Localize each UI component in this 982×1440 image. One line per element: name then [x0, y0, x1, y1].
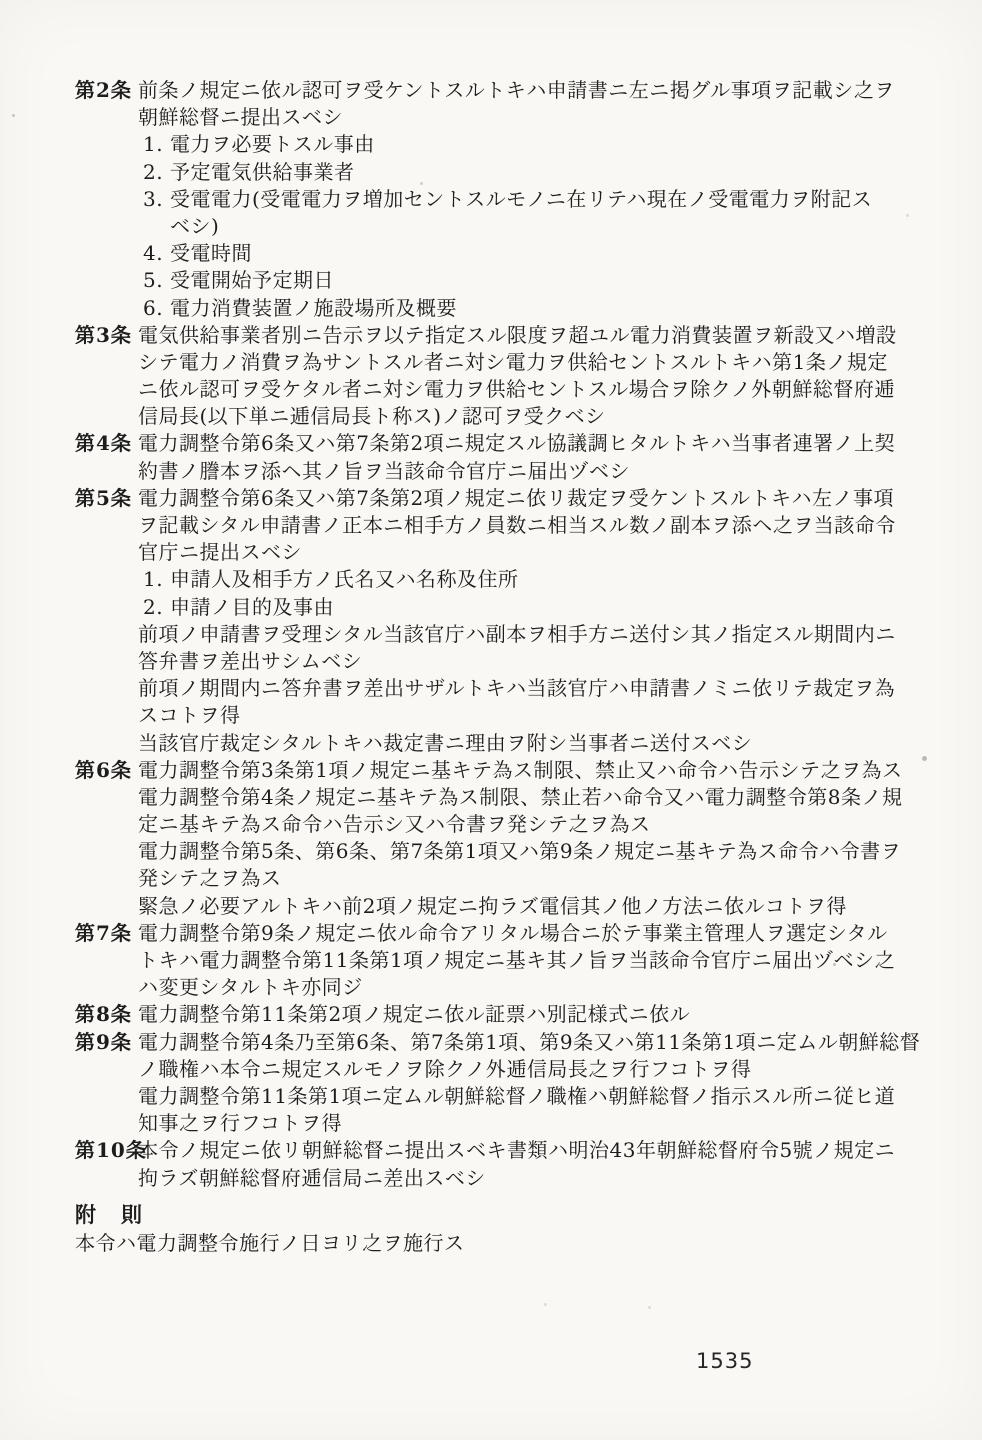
text-line: 電力調整令第5条、第6条、第7条第1項又ハ第9条ノ規定ニ基キテ為ス命令ハ令書ヲ: [138, 838, 915, 865]
item-text: 申請人及相手方ノ氏名又ハ名称及住所: [170, 566, 519, 593]
article-body: 電力調整令第4条乃至第6条、第7条第1項、第9条又ハ第11条第1項ニ定ムル朝鮮総…: [138, 1029, 915, 1138]
text-line: 電力調整令第4条ノ規定ニ基キテ為ス制限、禁止若ハ命令又ハ電力調整令第8条ノ規: [138, 784, 915, 811]
article-label: 第8条: [75, 1001, 138, 1028]
article-body: 電気供給事業者別ニ告示ヲ以テ指定スル限度ヲ超ユル電力消費装置ヲ新設又ハ増設シテ電…: [138, 322, 915, 431]
appendix-text-line: 本令ハ電力調整令施行ノ日ヨリ之ヲ施行ス: [75, 1230, 915, 1257]
list-item: 1.申請人及相手方ノ氏名又ハ名称及住所: [143, 566, 915, 593]
text-line: 答弁書ヲ差出サシムベシ: [138, 648, 915, 675]
text-line: ニ依ル認可ヲ受ケタル者ニ対シ電力ヲ供給セントスル場合ヲ除クノ外朝鮮総督府逓: [138, 376, 915, 403]
article: 第2条前条ノ規定ニ依ル認可ヲ受ケントスルトキハ申請書ニ左ニ掲グル事項ヲ記載シ之ヲ…: [75, 77, 915, 322]
text-line: ベシ): [170, 213, 915, 240]
article: 第5条電力調整令第6条又ハ第7条第2項ノ規定ニ依リ裁定ヲ受ケントスルトキハ左ノ事…: [75, 485, 915, 757]
article: 第4条電力調整令第6条又ハ第7条第2項ニ規定スル協議調ヒタルトキハ当事者連署ノ上…: [75, 430, 915, 484]
list-item: 6.電力消費装置ノ施設場所及概要: [143, 295, 915, 322]
text-line: 当該官庁裁定シタルトキハ裁定書ニ理由ヲ附シ当事者ニ送付スベシ: [138, 730, 915, 757]
text-line: 電力調整令第9条ノ規定ニ依ル命令アリタル場合ニ於テ事業主管理人ヲ選定シタル: [138, 920, 915, 947]
item-number: 5.: [143, 267, 170, 294]
text-line: 前項ノ申請書ヲ受理シタル当該官庁ハ副本ヲ相手方ニ送付シ其ノ指定スル期間内ニ: [138, 621, 915, 648]
text-line: 信局長(以下単ニ逓信局長ト称ス)ノ認可ヲ受クベシ: [138, 403, 915, 430]
text-line: 約書ノ謄本ヲ添ヘ其ノ旨ヲ当該命令官庁ニ届出ヅベシ: [138, 458, 915, 485]
article-label: 第4条: [75, 430, 138, 457]
item-number: 2.: [143, 594, 170, 621]
list-item: 4.受電時間: [143, 240, 915, 267]
article-label: 第3条: [75, 322, 138, 349]
article-body: 電力調整令第3条第1項ノ規定ニ基キテ為ス制限、禁止又ハ命令ハ告示シテ之ヲ為ス電力…: [138, 757, 915, 920]
ordinance-text: 第2条前条ノ規定ニ依ル認可ヲ受ケントスルトキハ申請書ニ左ニ掲グル事項ヲ記載シ之ヲ…: [75, 77, 915, 1257]
article: 第7条電力調整令第9条ノ規定ニ依ル命令アリタル場合ニ於テ事業主管理人ヲ選定シタル…: [75, 920, 915, 1002]
appendix-section: 附 則 本令ハ電力調整令施行ノ日ヨリ之ヲ施行ス: [75, 1200, 915, 1257]
article: 第6条電力調整令第3条第1項ノ規定ニ基キテ為ス制限、禁止又ハ命令ハ告示シテ之ヲ為…: [75, 757, 915, 920]
text-line: 定ニ基キテ為ス命令ハ告示シ又ハ令書ヲ発シテ之ヲ為ス: [138, 811, 915, 838]
item-number: 6.: [143, 295, 170, 322]
article: 第10条本令ノ規定ニ依リ朝鮮総督ニ提出スベキ書類ハ明治43年朝鮮総督府令5號ノ規…: [75, 1137, 915, 1191]
text-line: 電力調整令第3条第1項ノ規定ニ基キテ為ス制限、禁止又ハ命令ハ告示シテ之ヲ為ス: [138, 757, 915, 784]
article-body: 電力調整令第11条第2項ノ規定ニ依ル証票ハ別記様式ニ依ル: [138, 1001, 915, 1028]
list-item: 1.電力ヲ必要トスル事由: [143, 131, 915, 158]
list-item: 3.受電電力(受電電力ヲ増加セントスルモノニ在リテハ現在ノ受電電力ヲ附記ス: [143, 186, 915, 213]
article-body: 前条ノ規定ニ依ル認可ヲ受ケントスルトキハ申請書ニ左ニ掲グル事項ヲ記載シ之ヲ朝鮮総…: [138, 77, 915, 322]
item-number: 3.: [143, 186, 170, 213]
article: 第8条電力調整令第11条第2項ノ規定ニ依ル証票ハ別記様式ニ依ル: [75, 1001, 915, 1028]
text-line: 朝鮮総督ニ提出スベシ: [138, 104, 915, 131]
item-text: 受電電力(受電電力ヲ増加セントスルモノニ在リテハ現在ノ受電電力ヲ附記ス: [170, 186, 872, 213]
text-line: ノ職権ハ本令ニ規定スルモノヲ除クノ外逓信局長之ヲ行フコトヲ得: [138, 1056, 915, 1083]
text-line: ハ変更シタルトキ亦同ジ: [138, 974, 915, 1001]
text-line: 電力調整令第11条第1項ニ定ムル朝鮮総督ノ職権ハ朝鮮総督ノ指示スル所ニ従ヒ道: [138, 1083, 915, 1110]
text-line: 前項ノ期間内ニ答弁書ヲ差出サザルトキハ当該官庁ハ申請書ノミニ依リテ裁定ヲ為: [138, 675, 915, 702]
scan-noise-specks: [0, 0, 3, 3]
text-line: トキハ電力調整令第11条第1項ノ規定ニ基キ其ノ旨ヲ当該命令官庁ニ届出ヅベシ之: [138, 947, 915, 974]
text-line: 電力調整令第6条又ハ第7条第2項ニ規定スル協議調ヒタルトキハ当事者連署ノ上契: [138, 430, 915, 457]
item-number: 1.: [143, 131, 170, 158]
text-line: 拘ラズ朝鮮総督府逓信局ニ差出スベシ: [138, 1165, 915, 1192]
appendix-lines: 本令ハ電力調整令施行ノ日ヨリ之ヲ施行ス: [75, 1230, 915, 1257]
article-label: 第9条: [75, 1029, 138, 1056]
article-label: 第7条: [75, 920, 138, 947]
article-body: 電力調整令第6条又ハ第7条第2項ノ規定ニ依リ裁定ヲ受ケントスルトキハ左ノ事項ヲ記…: [138, 485, 915, 757]
article: 第3条電気供給事業者別ニ告示ヲ以テ指定スル限度ヲ超ユル電力消費装置ヲ新設又ハ増設…: [75, 322, 915, 431]
text-line: ヲ記載シタル申請書ノ正本ニ相手方ノ員数ニ相当スル数ノ副本ヲ添ヘ之ヲ当該命令: [138, 512, 915, 539]
item-text: 予定電気供給事業者: [170, 159, 355, 186]
item-number: 1.: [143, 566, 170, 593]
text-line: 前条ノ規定ニ依ル認可ヲ受ケントスルトキハ申請書ニ左ニ掲グル事項ヲ記載シ之ヲ: [138, 77, 915, 104]
text-line: 発シテ之ヲ為ス: [138, 865, 915, 892]
text-line: 知事之ヲ行フコトヲ得: [138, 1110, 915, 1137]
item-text: 電力ヲ必要トスル事由: [170, 131, 375, 158]
list-item: 2.申請ノ目的及事由: [143, 594, 915, 621]
list-item: 5.受電開始予定期日: [143, 267, 915, 294]
text-line: 本令ノ規定ニ依リ朝鮮総督ニ提出スベキ書類ハ明治43年朝鮮総督府令5號ノ規定ニ: [138, 1137, 915, 1164]
article-label: 第6条: [75, 757, 138, 784]
text-line: 電力調整令第6条又ハ第7条第2項ノ規定ニ依リ裁定ヲ受ケントスルトキハ左ノ事項: [138, 485, 915, 512]
item-number: 4.: [143, 240, 170, 267]
text-line: 電力調整令第4条乃至第6条、第7条第1項、第9条又ハ第11条第1項ニ定ムル朝鮮総…: [138, 1029, 915, 1056]
text-line: シテ電力ノ消費ヲ為サントスル者ニ対シ電力ヲ供給セントスルトキハ第1条ノ規定: [138, 349, 915, 376]
item-text: 申請ノ目的及事由: [170, 594, 334, 621]
text-line: 電気供給事業者別ニ告示ヲ以テ指定スル限度ヲ超ユル電力消費装置ヲ新設又ハ増設: [138, 322, 915, 349]
page-number: 1535: [696, 1349, 753, 1373]
item-text: 電力消費装置ノ施設場所及概要: [170, 295, 457, 322]
item-text: 受電時間: [170, 240, 252, 267]
article: 第9条電力調整令第4条乃至第6条、第7条第1項、第9条又ハ第11条第1項ニ定ムル…: [75, 1029, 915, 1138]
article-label: 第2条: [75, 77, 138, 104]
articles-list: 第2条前条ノ規定ニ依ル認可ヲ受ケントスルトキハ申請書ニ左ニ掲グル事項ヲ記載シ之ヲ…: [75, 77, 915, 1192]
article-body: 本令ノ規定ニ依リ朝鮮総督ニ提出スベキ書類ハ明治43年朝鮮総督府令5號ノ規定ニ拘ラ…: [138, 1137, 915, 1191]
text-line: 官庁ニ提出スベシ: [138, 539, 915, 566]
item-text: 受電開始予定期日: [170, 267, 334, 294]
appendix-title: 附 則: [75, 1200, 915, 1230]
article-label: 第5条: [75, 485, 138, 512]
text-line: スコトヲ得: [138, 702, 915, 729]
list-item: 2.予定電気供給事業者: [143, 159, 915, 186]
article-body: 電力調整令第9条ノ規定ニ依ル命令アリタル場合ニ於テ事業主管理人ヲ選定シタルトキハ…: [138, 920, 915, 1002]
text-line: 緊急ノ必要アルトキハ前2項ノ規定ニ拘ラズ電信其ノ他ノ方法ニ依ルコトヲ得: [138, 893, 915, 920]
item-number: 2.: [143, 159, 170, 186]
text-line: 電力調整令第11条第2項ノ規定ニ依ル証票ハ別記様式ニ依ル: [138, 1001, 915, 1028]
article-label: 第10条: [75, 1137, 138, 1164]
article-body: 電力調整令第6条又ハ第7条第2項ニ規定スル協議調ヒタルトキハ当事者連署ノ上契約書…: [138, 430, 915, 484]
scanned-document-page: 第2条前条ノ規定ニ依ル認可ヲ受ケントスルトキハ申請書ニ左ニ掲グル事項ヲ記載シ之ヲ…: [0, 0, 982, 1440]
